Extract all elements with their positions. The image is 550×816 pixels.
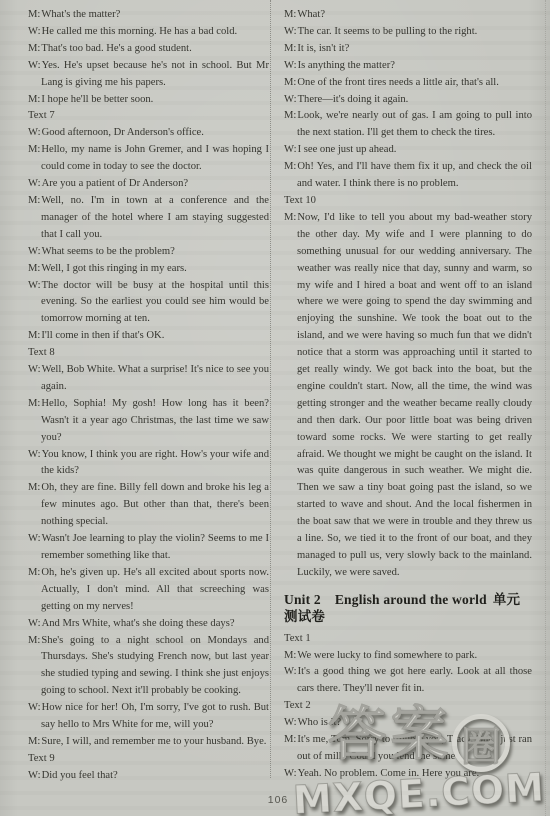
speaker-label: W: [28,364,41,375]
speaker-label: W: [28,178,41,189]
unit-heading-number: Unit 2 [284,592,321,607]
speaker-label: M: [284,110,296,121]
dialogue-line: M:What? [284,7,532,24]
dialogue-line: W:Good afternoon, Dr Anderson's office. [28,125,269,142]
speaker-label: M: [28,195,40,206]
page-edge-dotted-line [545,0,546,816]
dialogue-line: W:Wasn't Joe learning to play the violin… [28,531,269,565]
speaker-label: W: [284,144,297,155]
speaker-label: W: [284,94,297,105]
speaker-label: M: [284,77,296,88]
page-number: 106 [258,794,298,806]
speaker-label: M: [28,144,40,155]
speaker-label: W: [28,770,41,781]
dialogue-line: M:I hope he'll be better soon. [28,92,269,109]
speaker-label: W: [284,768,297,779]
speaker-label: W: [28,60,41,71]
transcript-left-column: M:What's the matter?W:He called me this … [28,7,269,785]
dialogue-line: M:What's the matter? [28,7,269,24]
speaker-label: M: [28,263,40,274]
dialogue-line: M:I'll come in then if that's OK. [28,328,269,345]
speaker-label: M: [28,330,40,341]
text-section-heading: Text 8 [28,345,269,362]
dialogue-line: W:There—it's doing it again. [284,92,532,109]
dialogue-line: W:The doctor will be busy at the hospita… [28,278,269,329]
speaker-label: W: [284,717,297,728]
dialogue-line: W:How nice for her! Oh, I'm sorry, I've … [28,700,269,734]
dialogue-line: W:What seems to be the problem? [28,244,269,261]
dialogue-line: M:One of the front tires needs a little … [284,75,532,92]
text-section-heading: Text 9 [28,751,269,768]
speaker-label: W: [28,127,41,138]
speaker-label: M: [28,736,40,747]
dialogue-line: M:Hello, my name is John Gremer, and I w… [28,142,269,176]
dialogue-line: W:Yes. He's upset because he's not in sc… [28,58,269,92]
speaker-label: M: [284,9,296,20]
dialogue-line: W:You know, I think you are right. How's… [28,447,269,481]
dialogue-line: M:We were lucky to find somewhere to par… [284,648,532,665]
dialogue-line: M:Look, we're nearly out of gas. I am go… [284,108,532,142]
speaker-label: M: [28,482,40,493]
dialogue-line: W:He called me this morning. He has a ba… [28,24,269,41]
speaker-label: M: [28,635,40,646]
speaker-label: M: [284,212,296,223]
dialogue-line: M:She's going to a night school on Monda… [28,633,269,701]
dialogue-line: W:Yeah. No problem. Come in. Here you ar… [284,766,532,783]
dialogue-line: W:I see one just up ahead. [284,142,532,159]
dialogue-line: M:Well, I got this ringing in my ears. [28,261,269,278]
speaker-label: W: [28,702,41,713]
dialogue-line: M:Hello, Sophia! My gosh! How long has i… [28,396,269,447]
dialogue-line: M:Oh, he's given up. He's all excited ab… [28,565,269,616]
text-section-heading: Text 10 [284,193,532,210]
dialogue-line: M:Now, I'd like to tell you about my bad… [284,210,532,582]
speaker-label: M: [284,161,296,172]
dialogue-line: M:Oh! Yes, and I'll have them fix it up,… [284,159,532,193]
dialogue-line: M:Sure, I will, and remember me to your … [28,734,269,751]
speaker-label: W: [28,26,41,37]
speaker-label: M: [284,650,296,661]
dialogue-line: W:Well, Bob White. What a surprise! It's… [28,362,269,396]
text-section-heading: Text 1 [284,631,532,648]
speaker-label: M: [28,9,40,20]
dialogue-line: M:Well, no. I'm in town at a conference … [28,193,269,244]
speaker-label: M: [284,43,296,54]
speaker-label: M: [284,734,296,745]
dialogue-line: W:Did you feel that? [28,768,269,785]
dialogue-line: W:Are you a patient of Dr Anderson? [28,176,269,193]
dialogue-line: W:Is anything the matter? [284,58,532,75]
unit-heading: Unit 2English around the world单元测试卷 [284,592,532,626]
column-divider-dotted-line [270,0,271,778]
speaker-label: W: [28,618,41,629]
dialogue-line: M:That's too bad. He's a good student. [28,41,269,58]
speaker-label: W: [28,533,41,544]
text-section-heading: Text 2 [284,698,532,715]
speaker-label: M: [28,398,40,409]
dialogue-line: M:It's me, Tom. Sorry to trouble you, Tr… [284,732,532,766]
unit-heading-english: English around the world [335,592,487,607]
speaker-label: M: [28,567,40,578]
dialogue-line: M:It is, isn't it? [284,41,532,58]
speaker-label: W: [28,449,41,460]
speaker-label: W: [28,246,41,257]
speaker-label: M: [28,94,40,105]
dialogue-line: W:The car. It seems to be pulling to the… [284,24,532,41]
speaker-label: W: [284,26,297,37]
speaker-label: M: [28,43,40,54]
dialogue-line: M:Oh, they are fine. Billy fell down and… [28,480,269,531]
speaker-label: W: [284,60,297,71]
dialogue-line: W:And Mrs White, what's she doing these … [28,616,269,633]
text-section-heading: Text 7 [28,108,269,125]
speaker-label: W: [284,666,297,677]
dialogue-line: W:Who is it? [284,715,532,732]
dialogue-line: W:It's a good thing we got here early. L… [284,664,532,698]
transcript-right-column: M:What?W:The car. It seems to be pulling… [284,7,532,783]
speaker-label: W: [28,280,41,291]
